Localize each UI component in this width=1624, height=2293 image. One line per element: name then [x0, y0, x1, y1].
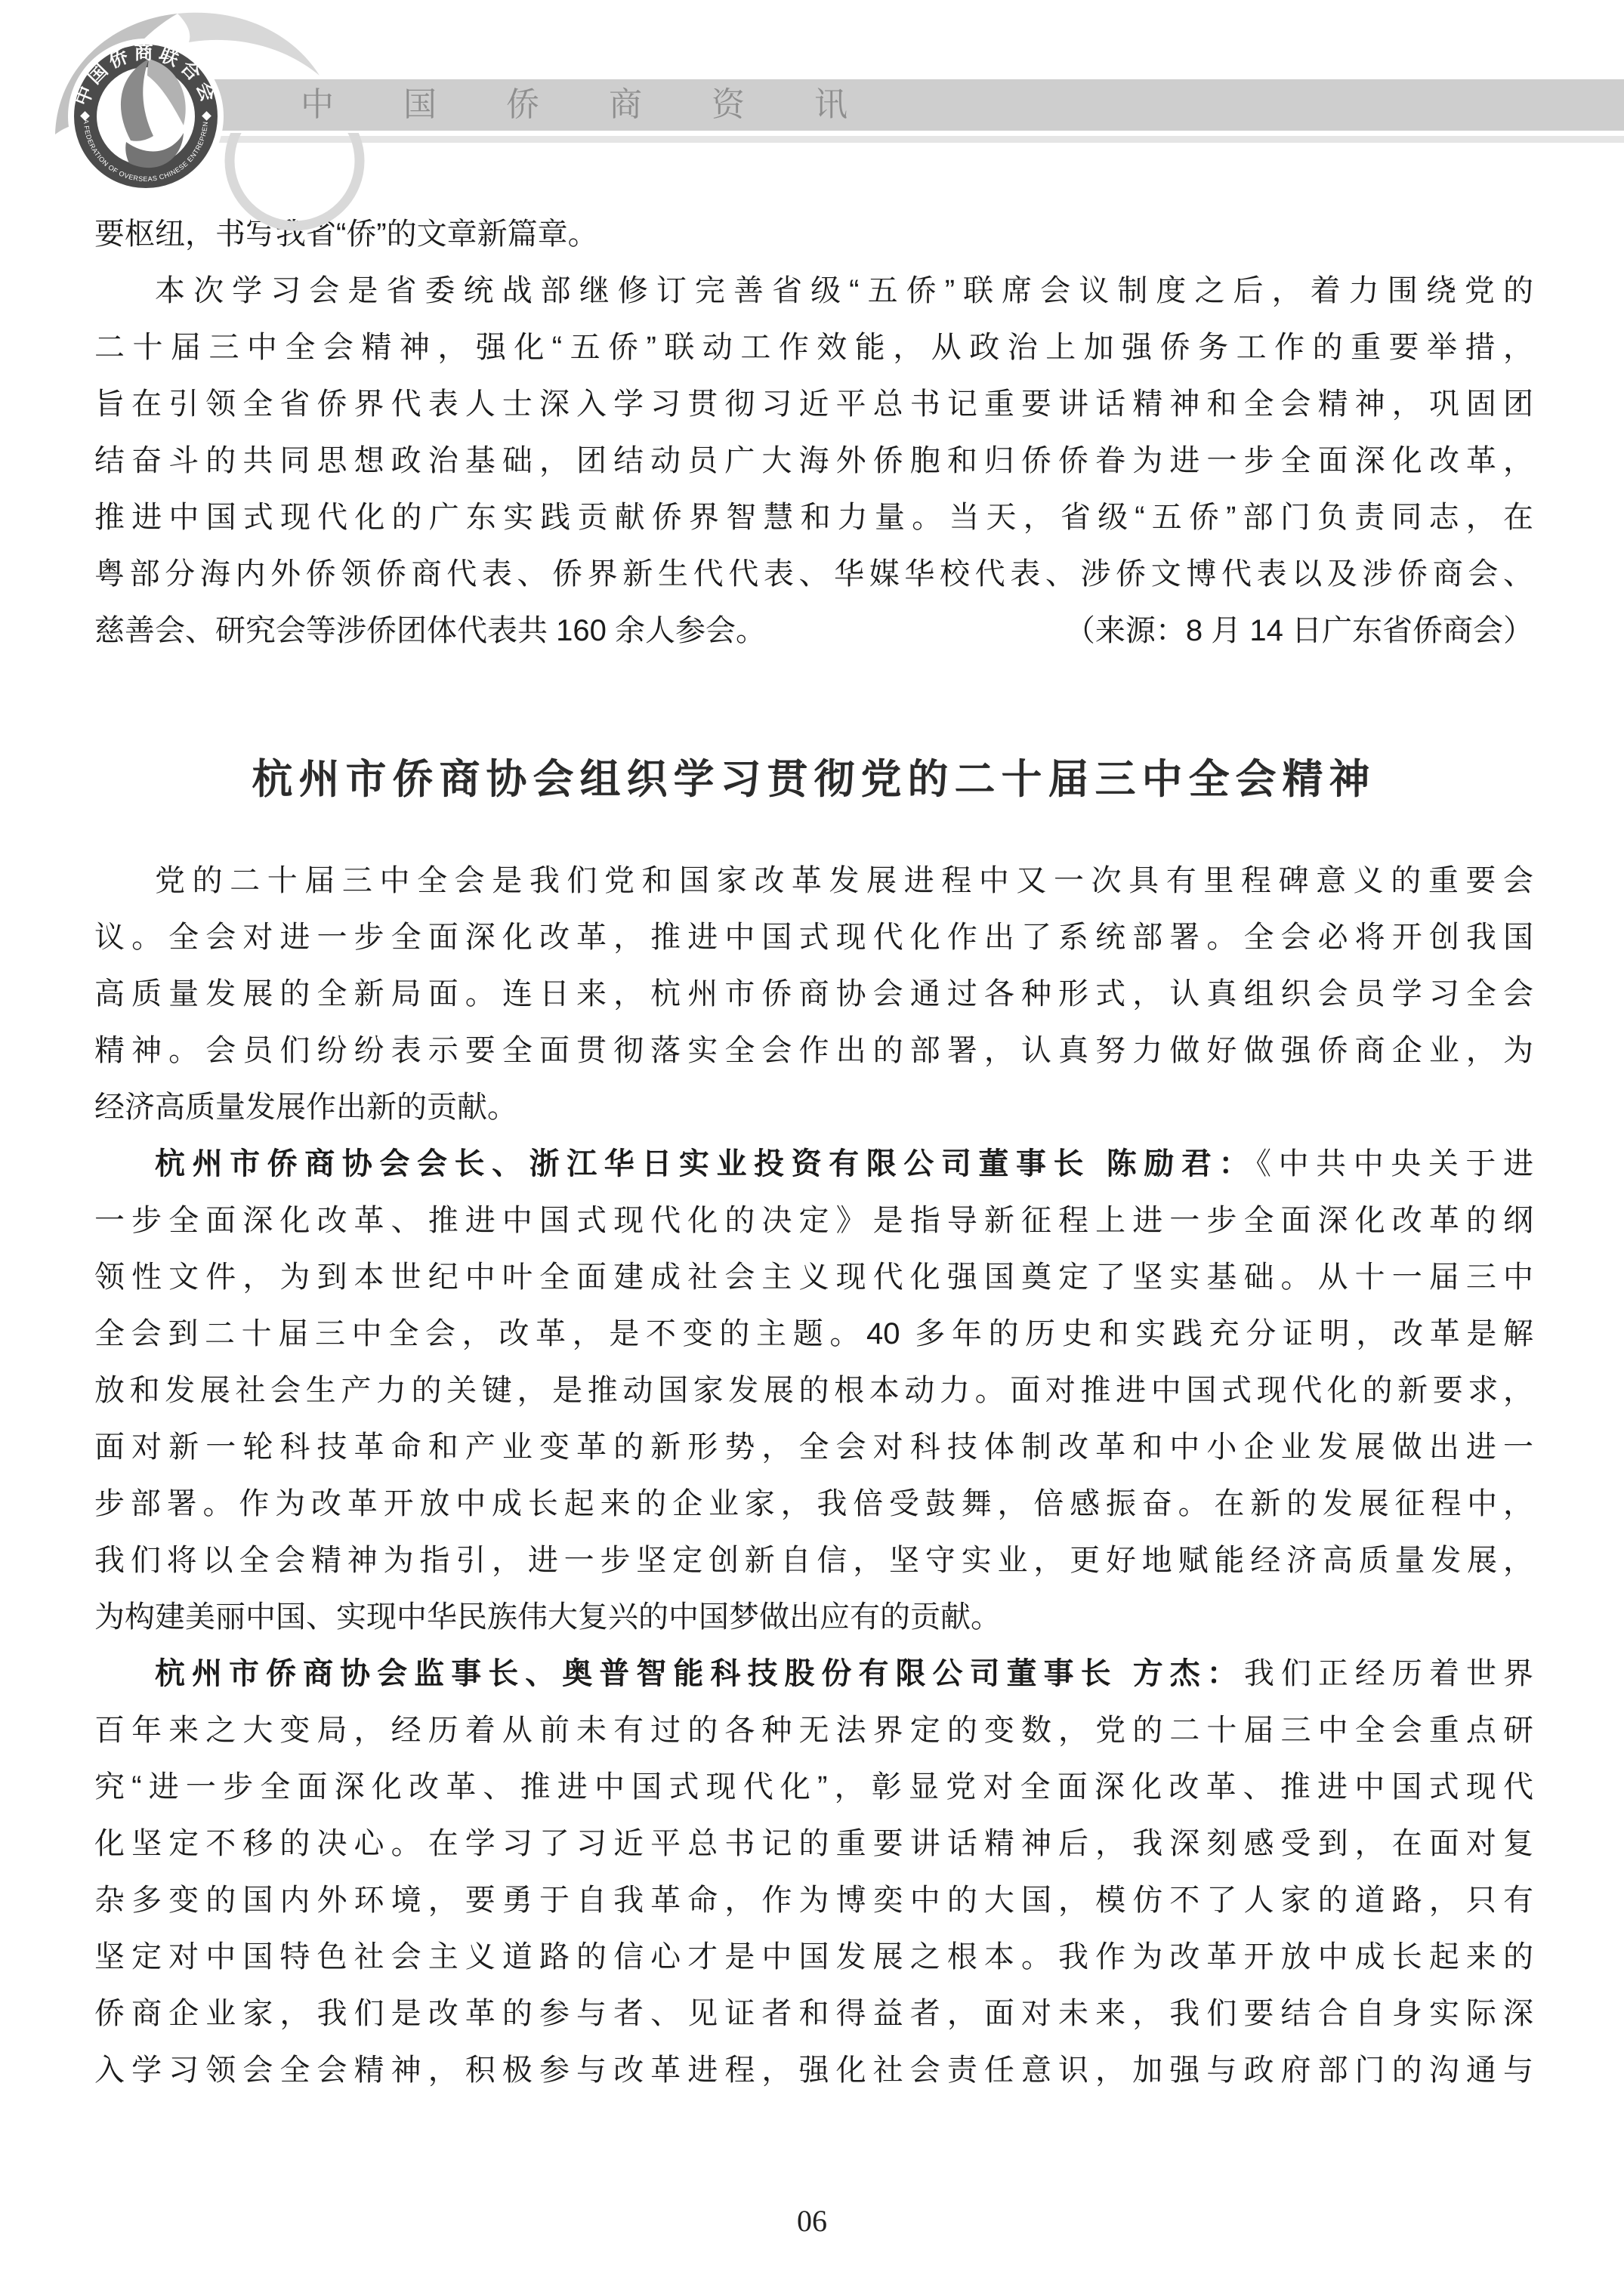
paragraph-hangzhou-intro: 党的二十届三中全会是我们党和国家改革发展进程中又一次具有里程碑意义的重要会议。全…	[94, 853, 1533, 1136]
text-line: 杂多变的国内外环境，要勇于自我革命，作为博奕中的大国，模仿不了人家的道路，只有	[94, 1872, 1533, 1929]
text-line: 高质量发展的全新局面。连日来，杭州市侨商协会通过各种形式，认真组织会员学习全会	[94, 966, 1533, 1023]
logo-faint-ring	[230, 96, 360, 226]
text-line: 放和发展社会生产力的关键，是推动国家发展的根本动力。面对推进中国式现代化的新要求…	[94, 1363, 1533, 1419]
text-line: 二十届三中全会精神，强化“五侨”联动工作效能，从政治上加强侨务工作的重要举措，	[94, 319, 1533, 376]
text-line: 党的二十届三中全会是我们党和国家改革发展进程中又一次具有里程碑意义的重要会	[94, 853, 1533, 909]
text-line: 坚定对中国特色社会主义道路的信心才是中国发展之根本。我作为改革开放中成长起来的	[94, 1929, 1533, 1986]
text-line: 本次学习会是省委统战部继修订完善省级“五侨”联席会议制度之后，着力围绕党的	[94, 263, 1533, 319]
text-line: 经济高质量发展作出新的贡献。	[94, 1079, 1533, 1136]
source-note: （来源：8 月 14 日广东省侨商会）	[1065, 603, 1533, 659]
page-number: 06	[0, 2203, 1624, 2239]
paragraph-guangdong-report-continued: 要枢纽，书写我省“侨”的文章新篇章。本次学习会是省委统战部继修订完善省级“五侨”…	[94, 206, 1533, 659]
article-title: 杭州市侨商协会组织学习贯彻党的二十届三中全会精神	[94, 753, 1533, 806]
text-line: 化坚定不移的决心。在学习了习近平总书记的重要讲话精神后，我深刻感受到，在面对复	[94, 1816, 1533, 1872]
text-line: 杭州市侨商协会监事长、奥普智能科技股份有限公司董事长 方杰：我们正经历着世界	[94, 1646, 1533, 1702]
text-line: 推进中国式现代化的广东实践贡献侨界智慧和力量。当天，省级“五侨”部门负责同志，在	[94, 489, 1533, 546]
text-line: 步部署。作为改革开放中成长起来的企业家，我倍受鼓舞，倍感振奋。在新的发展征程中，	[94, 1476, 1533, 1532]
text-line: 面对新一轮科技革命和产业变革的新形势，全会对科技体制改革和中小企业发展做出进一	[94, 1419, 1533, 1476]
text-line: 为构建美丽中国、实现中华民族伟大复兴的中国梦做出应有的贡献。	[94, 1589, 1533, 1646]
text-line: 粤部分海内外侨领侨商代表、侨界新生代代表、华媒华校代表、涉侨文博代表以及涉侨商会…	[94, 546, 1533, 603]
text-line-left: 慈善会、研究会等涉侨团体代表共 160 余人参会。	[94, 603, 766, 659]
org-logo: 中国侨商联合会 CHINA FEDERATION OF OVERSEAS CHI…	[34, 6, 397, 263]
text-line: 杭州市侨商协会会长、浙江华日实业投资有限公司董事长 陈励君：《中共中央关于进	[94, 1136, 1533, 1193]
text-line: 议。全会对进一步全面深化改革，推进中国式现代化作出了系统部署。全会必将开创我国	[94, 909, 1533, 966]
paragraph-chen-lijun-remarks: 杭州市侨商协会会长、浙江华日实业投资有限公司董事长 陈励君：《中共中央关于进一步…	[94, 1136, 1533, 1646]
text-line: 一步全面深化改革、推进中国式现代化的决定》是指导新征程上进一步全面深化改革的纲	[94, 1193, 1533, 1249]
text-line: 全会到二十届三中全会，改革，是不变的主题。40 多年的历史和实践充分证明，改革是…	[94, 1306, 1533, 1363]
article-body: 要枢纽，书写我省“侨”的文章新篇章。本次学习会是省委统战部继修订完善省级“五侨”…	[94, 206, 1533, 2099]
text-line: 旨在引领全省侨界代表人士深入学习贯彻习近平总书记重要讲话精神和全会精神，巩固团	[94, 376, 1533, 433]
text-line: 侨商企业家，我们是改革的参与者、见证者和得益者，面对未来，我们要结合自身实际深	[94, 1986, 1533, 2042]
paragraph-fang-jie-remarks: 杭州市侨商协会监事长、奥普智能科技股份有限公司董事长 方杰：我们正经历着世界百年…	[94, 1646, 1533, 2099]
speaker-title-name: 杭州市侨商协会监事长、奥普智能科技股份有限公司董事长 方杰：	[155, 1657, 1244, 1690]
speaker-title-name: 杭州市侨商协会会长、浙江华日实业投资有限公司董事长 陈励君：	[155, 1147, 1256, 1180]
text-line: 百年来之大变局，经历着从前未有过的各种无法界定的变数，党的二十届三中全会重点研	[94, 1702, 1533, 1759]
text-line: 慈善会、研究会等涉侨团体代表共 160 余人参会。（来源：8 月 14 日广东省…	[94, 603, 1533, 659]
text-line: 入学习领会全会精神，积极参与改革进程，强化社会责任意识，加强与政府部门的沟通与	[94, 2042, 1533, 2099]
text-line: 结奋斗的共同思想政治基础，团结动员广大海外侨胞和归侨侨眷为进一步全面深化改革，	[94, 433, 1533, 489]
text-line: 领性文件，为到本世纪中叶全面建成社会主义现代化强国奠定了坚实基础。从十一届三中	[94, 1249, 1533, 1306]
text-line: 精神。会员们纷纷表示要全面贯彻落实全会作出的部署，认真努力做好做强侨商企业，为	[94, 1023, 1533, 1079]
text-line: 究“进一步全面深化改革、推进中国式现代化”，彰显党对全面深化改革、推进中国式现代	[94, 1759, 1533, 1816]
text-line: 我们将以全会精神为指引，进一步坚定创新自信，坚守实业，更好地赋能经济高质量发展，	[94, 1532, 1533, 1589]
